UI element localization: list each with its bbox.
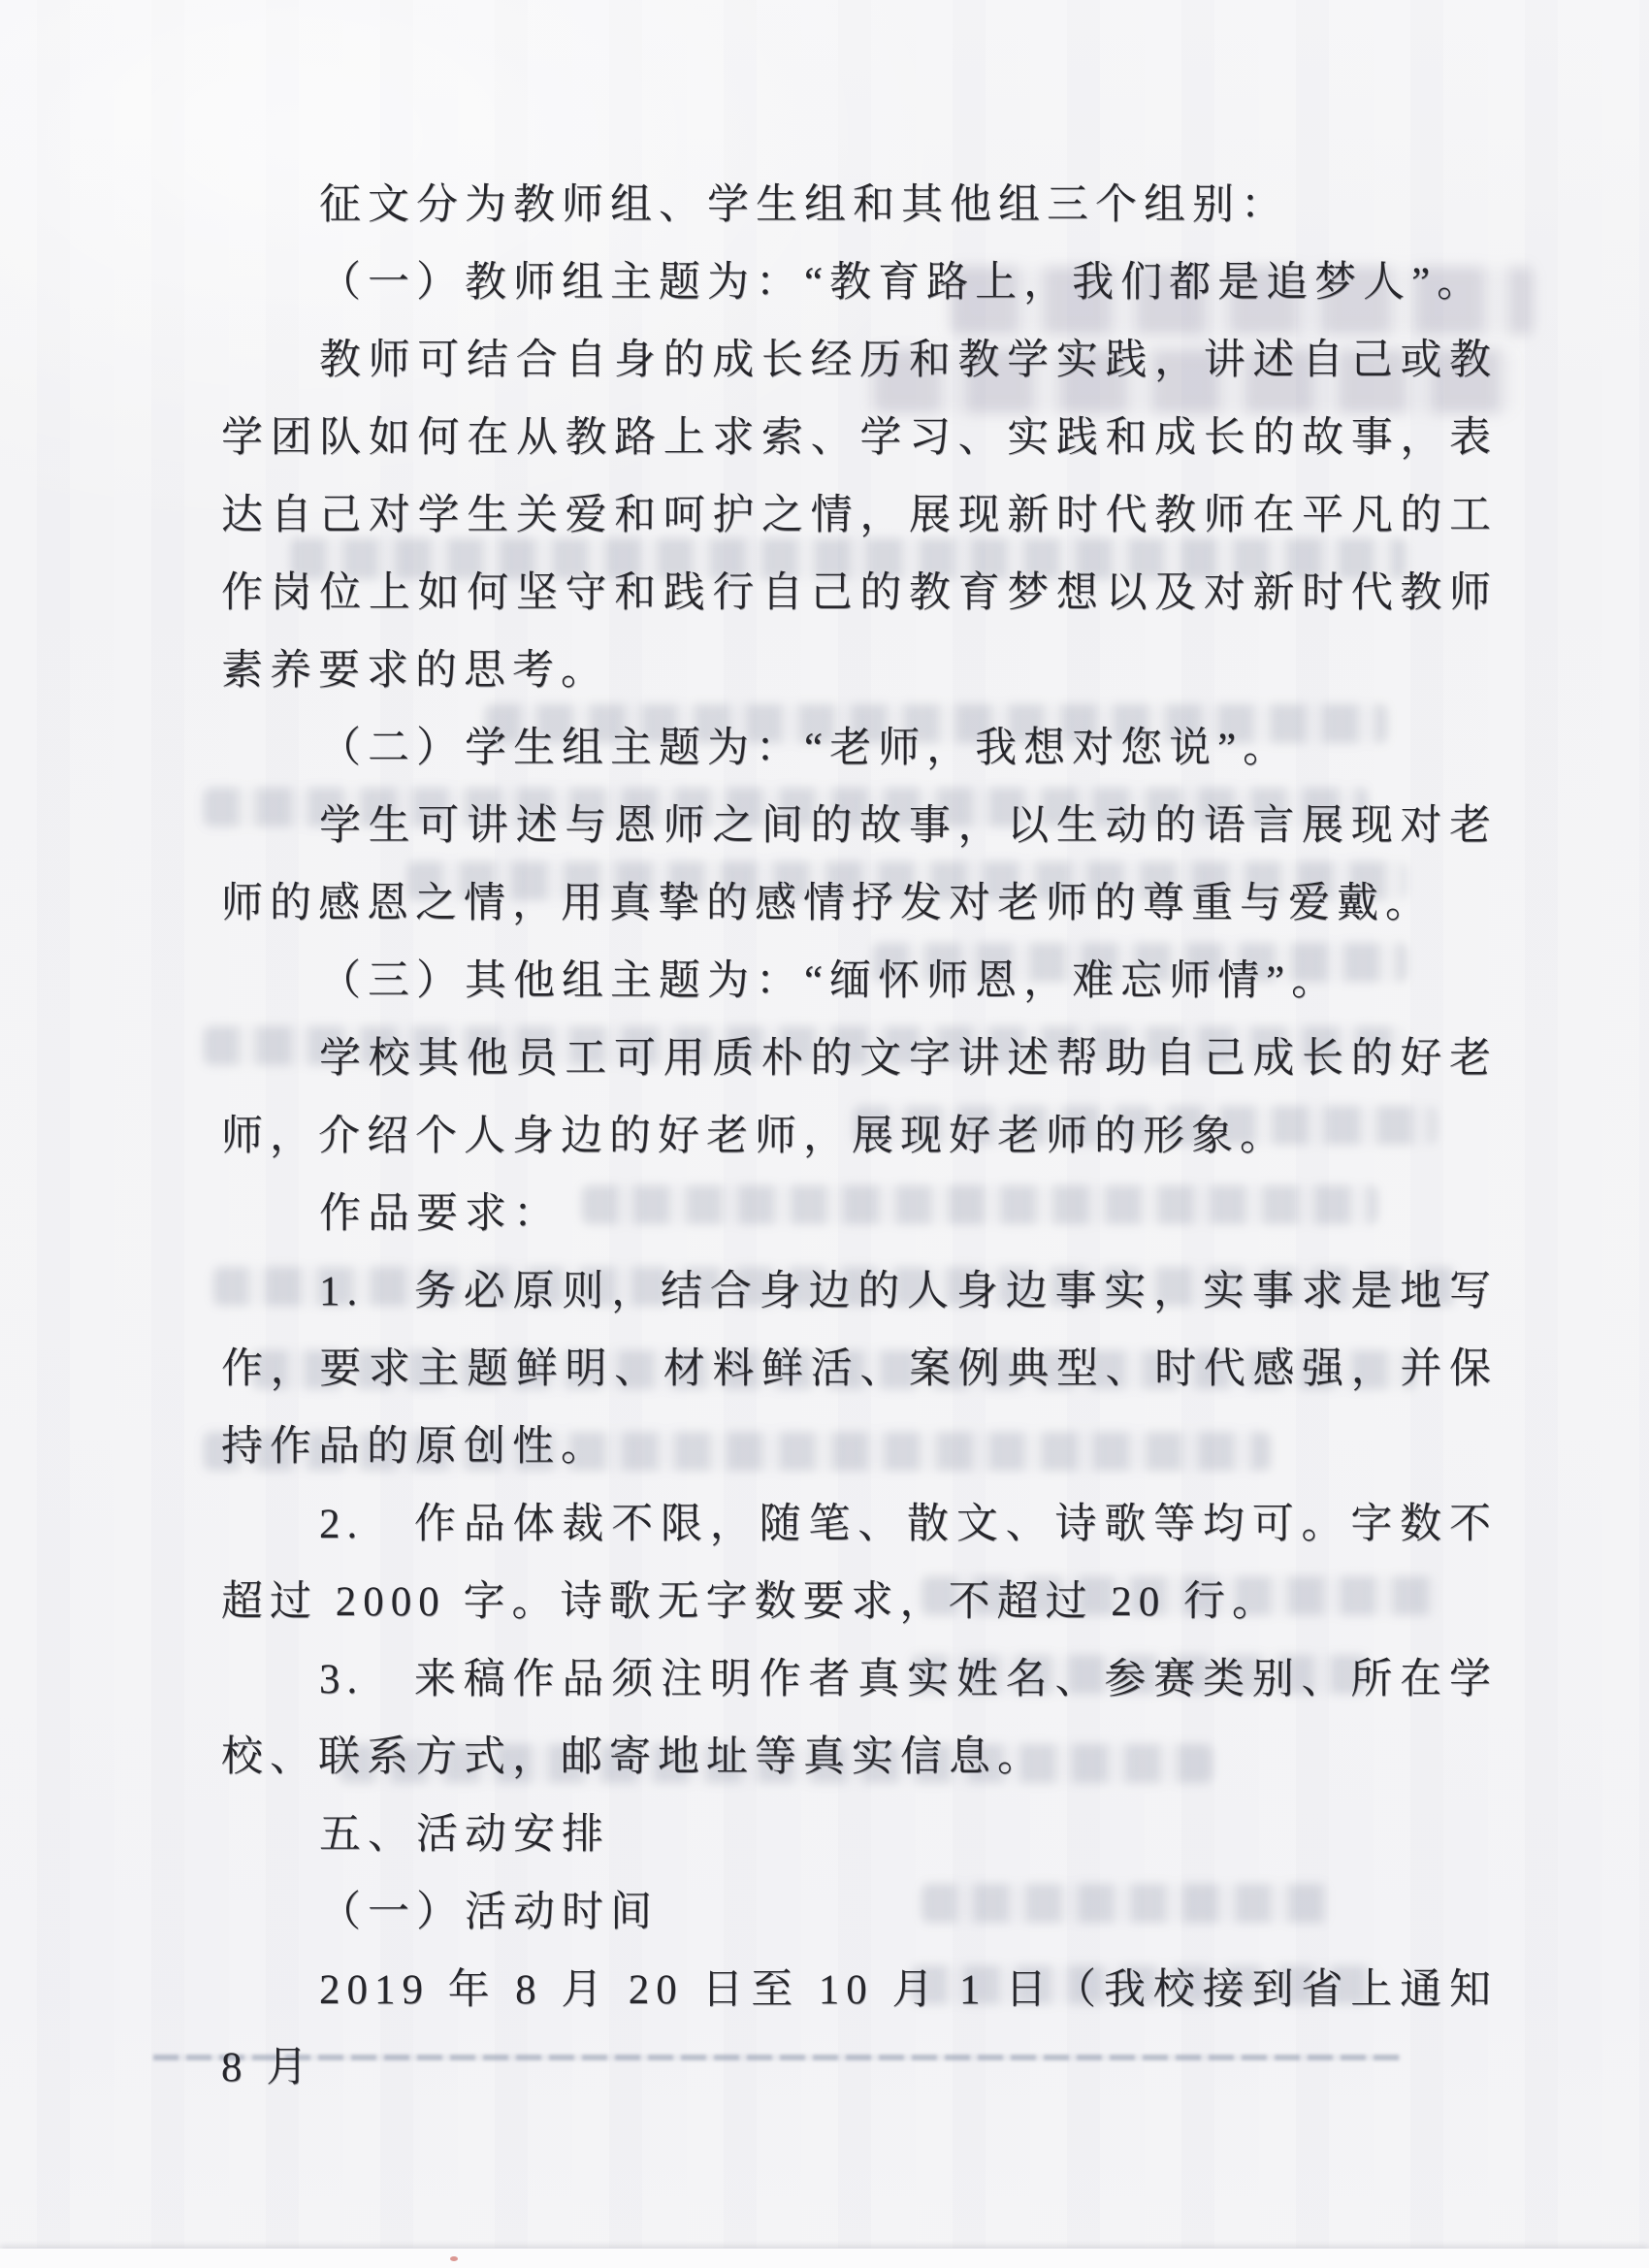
paragraph-activity-time-heading: （一）活动时间 bbox=[221, 1874, 1498, 1952]
paragraph-groups-intro: 征文分为教师组、学生组和其他组三个组别： bbox=[221, 167, 1498, 244]
paragraph-activity-time-desc: 2019 年 8 月 20 日至 10 月 1 日（我校接到省上通知 8 月 bbox=[221, 1952, 1498, 2107]
paragraph-work-requirements-heading: 作品要求： bbox=[221, 1176, 1498, 1253]
paragraph-requirement-1: 1. 务必原则，结合身边的人身边事实，实事求是地写作，要求主题鲜明、材料鲜活、案… bbox=[221, 1253, 1498, 1486]
paragraph-requirement-2: 2. 作品体裁不限，随笔、散文、诗歌等均可。字数不超过 2000 字。诗歌无字数… bbox=[221, 1486, 1498, 1641]
scanner-bed-edge bbox=[0, 2249, 1649, 2268]
red-ink-speck bbox=[450, 2256, 458, 2261]
paragraph-other-group-theme: （三）其他组主题为：“缅怀师恩，难忘师情”。 bbox=[221, 943, 1498, 1021]
paragraph-requirement-3: 3. 来稿作品须注明作者真实姓名、参赛类别、所在学校、联系方式，邮寄地址等真实信… bbox=[221, 1641, 1498, 1797]
paragraph-student-group-theme: （二）学生组主题为：“老师，我想对您说”。 bbox=[221, 710, 1498, 788]
paragraph-section-5-heading: 五、活动安排 bbox=[221, 1797, 1498, 1874]
paragraph-other-group-desc: 学校其他员工可用质朴的文字讲述帮助自己成长的好老师，介绍个人身边的好老师，展现好… bbox=[221, 1021, 1498, 1176]
paragraph-student-group-desc: 学生可讲述与恩师之间的故事，以生动的语言展现对老师的感恩之情，用真挚的感情抒发对… bbox=[221, 788, 1498, 943]
document-body: 征文分为教师组、学生组和其他组三个组别： （一）教师组主题为：“教育路上，我们都… bbox=[221, 0, 1498, 2107]
paragraph-teacher-group-desc: 教师可结合自身的成长经历和教学实践，讲述自己或教学团队如何在从教路上求索、学习、… bbox=[221, 322, 1498, 710]
paragraph-teacher-group-theme: （一）教师组主题为：“教育路上，我们都是追梦人”。 bbox=[221, 244, 1498, 322]
